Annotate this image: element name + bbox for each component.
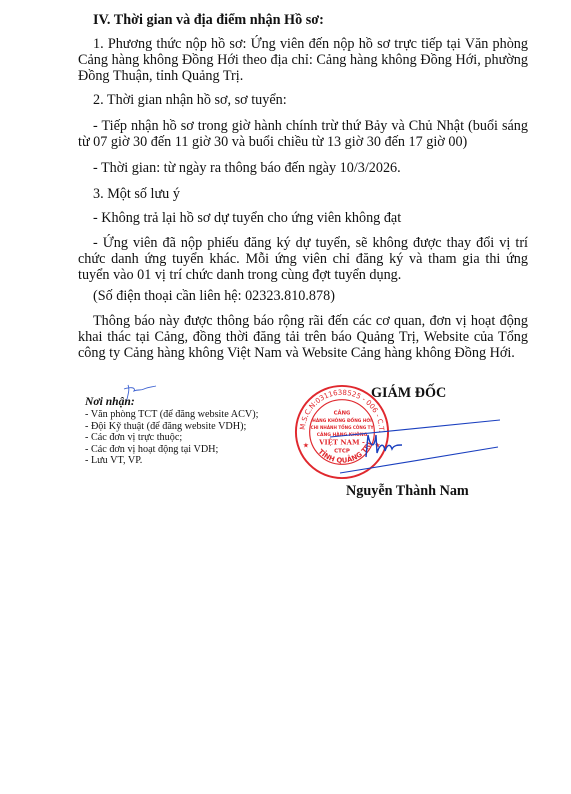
paragraph-submission-method: 1. Phương thức nộp hồ sơ: Ứng viên đến n… [78,36,528,84]
paragraph-deadline: - Thời gian: từ ngày ra thông báo đến ng… [78,160,528,176]
recipients-list: Nơi nhận: - Văn phòng TCT (để đăng websi… [85,395,285,467]
recipient-item: - Lưu VT, VP. [85,455,285,467]
paragraph-contact-phone: (Số điện thoại cần liên hệ: 02323.810.87… [78,288,528,304]
paragraph-time-heading: 2. Thời gian nhận hồ sơ, sơ tuyển: [78,92,528,108]
svg-text:★: ★ [303,442,309,450]
recipient-item: - Đội Kỹ thuật (để đăng website VDH); [85,421,285,433]
recipient-item: - Văn phòng TCT (để đăng website ACV); [85,409,285,421]
recipients-title: Nơi nhận: [85,395,285,409]
recipient-item: - Các đơn vị hoạt động tại VDH; [85,444,285,456]
paragraph-notes-heading: 3. Một số lưu ý [78,186,528,202]
paragraph-announcement: Thông báo này được thông báo rộng rãi đế… [78,313,528,361]
section-heading: IV. Thời gian và địa điểm nhận Hồ sơ: [93,12,324,28]
paragraph-note-1: - Không trả lại hồ sơ dự tuyển cho ứng v… [78,210,528,226]
signer-name: Nguyễn Thành Nam [346,483,469,500]
recipient-item: - Các đơn vị trực thuộc; [85,432,285,444]
paragraph-note-2: - Ứng viên đã nộp phiếu đăng ký dự tuyển… [78,235,528,283]
paragraph-office-hours: - Tiếp nhận hồ sơ trong giờ hành chính t… [78,118,528,150]
director-signature-icon [330,415,500,475]
